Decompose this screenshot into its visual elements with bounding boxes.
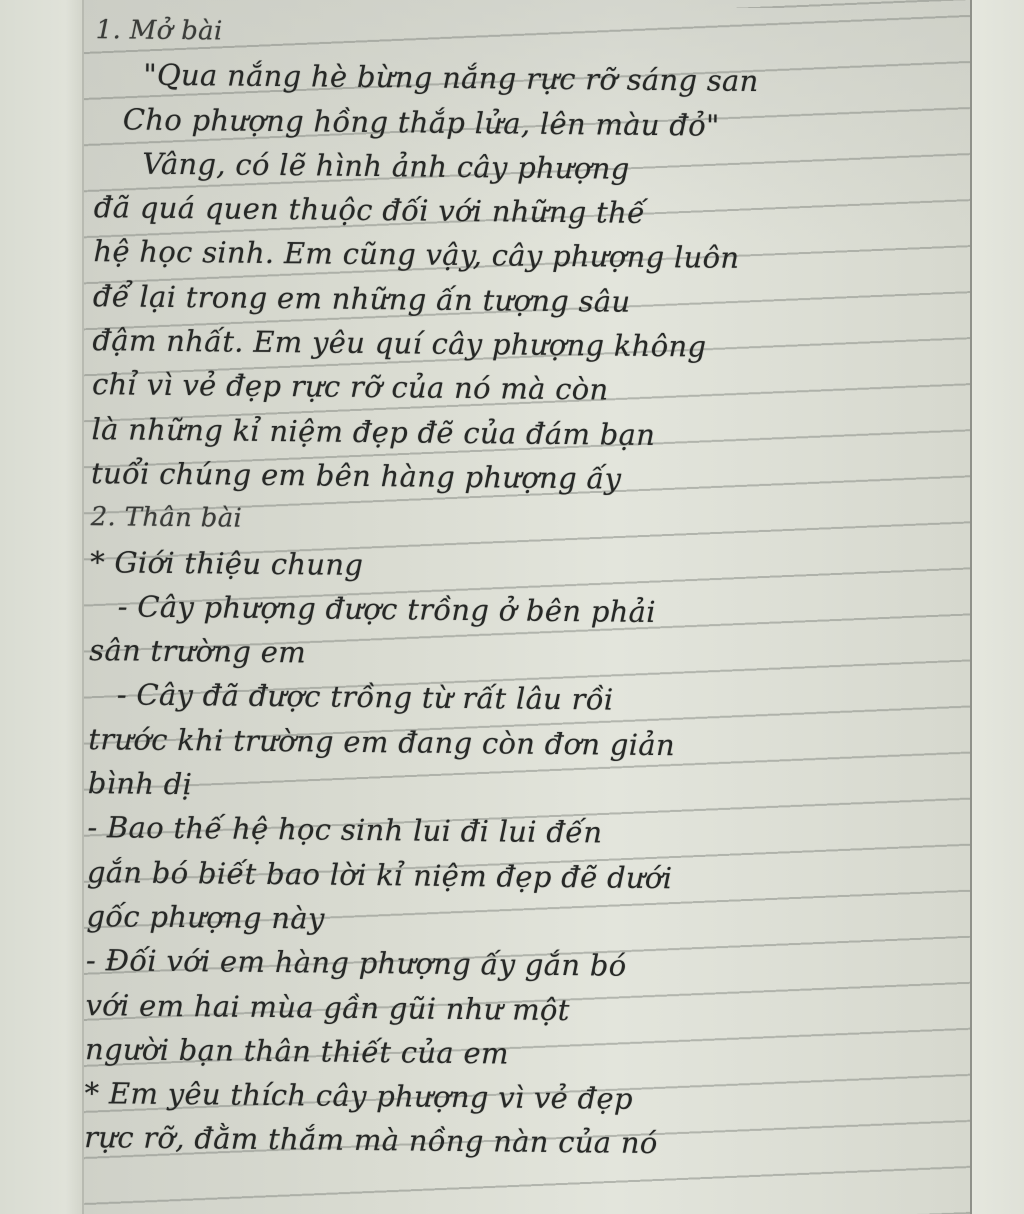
notebook-photo: 1. Mở bài "Qua nắng hè bừng nắng rực rỡ … [0, 0, 1024, 1214]
text-line: rực rỡ, đằm thắm mà nồng nàn của nó [84, 1115, 958, 1169]
notebook-sheet: 1. Mở bài "Qua nắng hè bừng nắng rực rỡ … [84, 0, 970, 1214]
adjacent-page-right [970, 0, 1024, 1214]
handwritten-text: 1. Mở bài "Qua nắng hè bừng nắng rực rỡ … [84, 8, 970, 1169]
adjacent-page-left [0, 0, 84, 1214]
